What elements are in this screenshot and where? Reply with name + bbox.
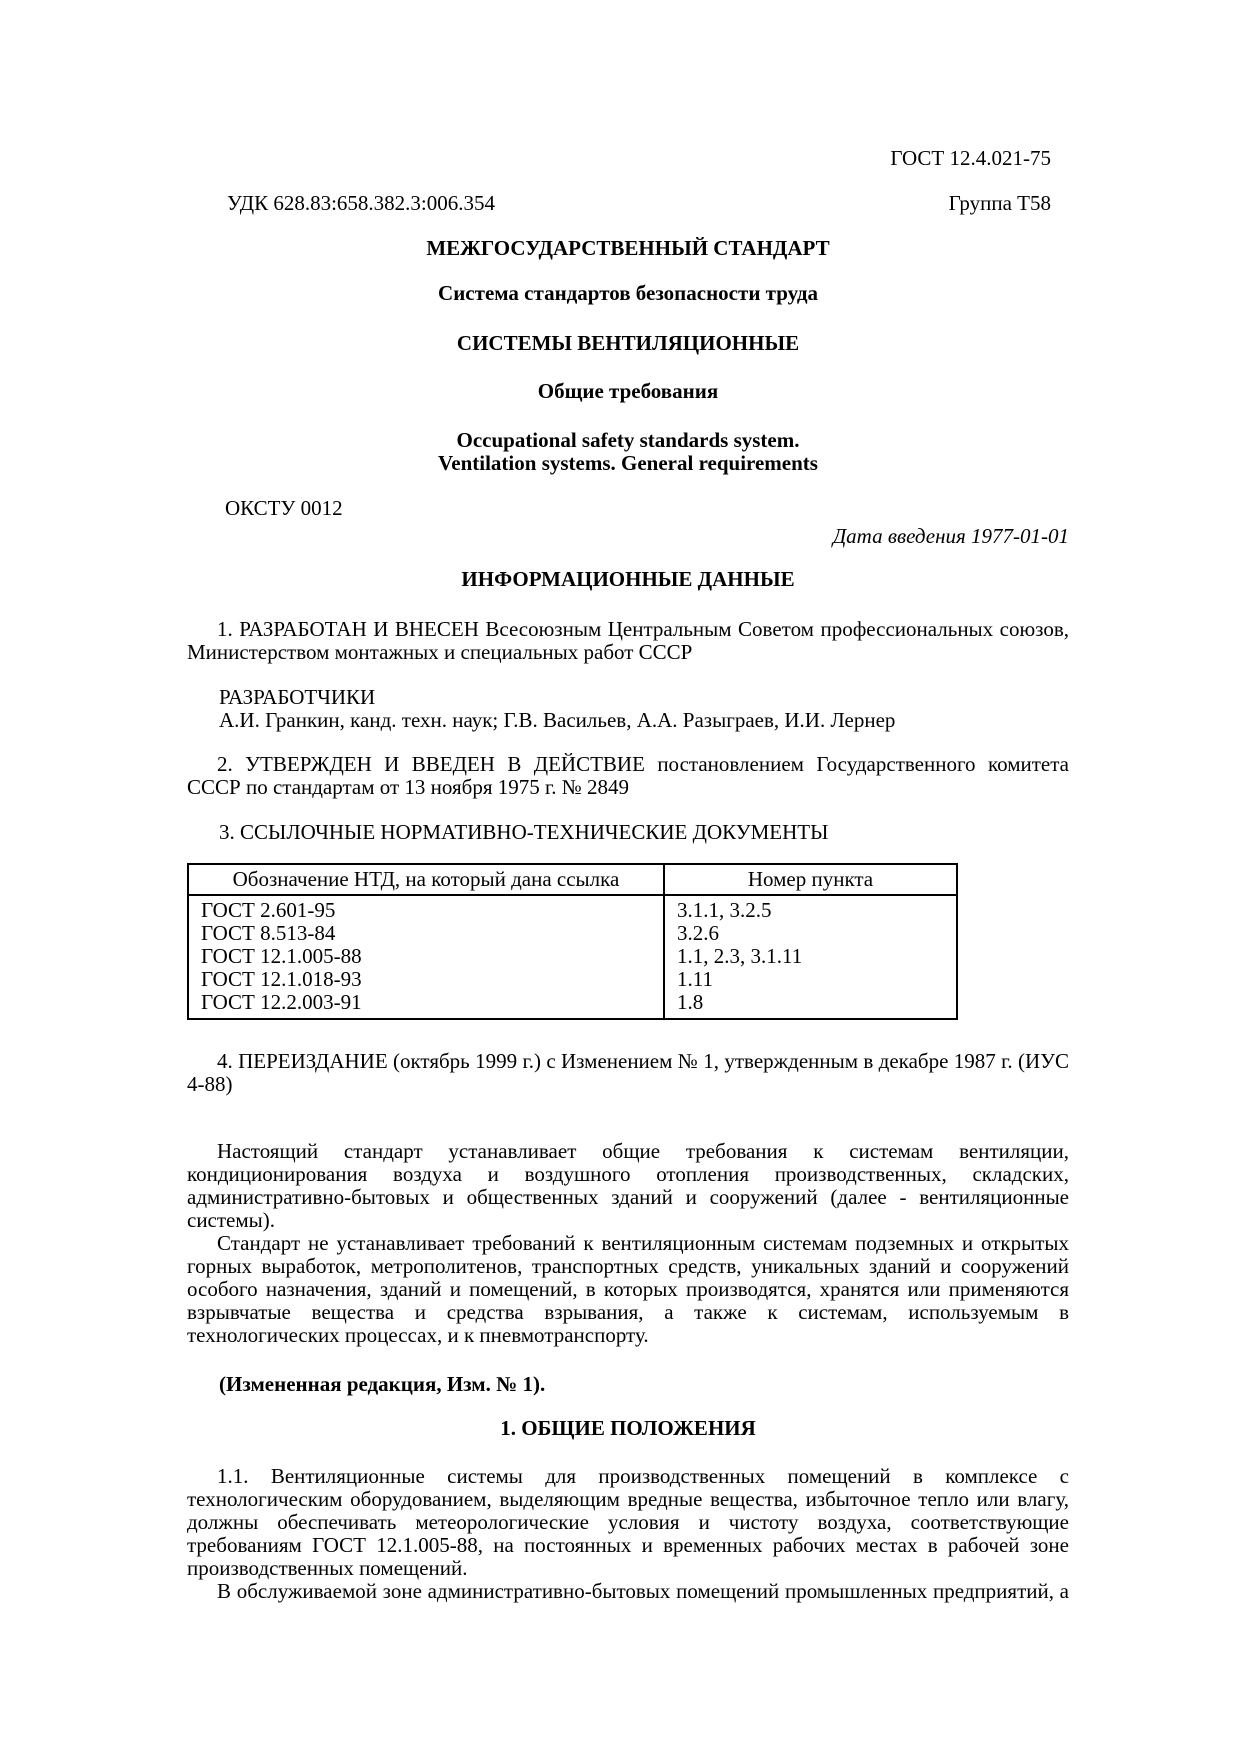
ntd-cell: ГОСТ 12.1.005-88: [188, 945, 664, 968]
clause-1-1-continuation: В обслуживаемой зоне административно-быт…: [187, 1580, 1069, 1603]
scope-paragraph-1: Настоящий стандарт устанавливает общие т…: [187, 1140, 1069, 1232]
points-cell: 3.2.6: [664, 922, 957, 945]
doc-subtitle: Общие требования: [187, 380, 1069, 403]
table-row: ГОСТ 8.513-84 3.2.6: [188, 922, 957, 945]
system-title: Система стандартов безопасности труда: [187, 282, 1069, 305]
okstu-code: ОКСТУ 0012: [187, 497, 1069, 520]
ntd-cell: ГОСТ 2.601-95: [188, 895, 664, 922]
developers-label: РАЗРАБОТЧИКИ: [187, 686, 1069, 709]
effective-date: Дата введения 1977-01-01: [187, 525, 1069, 548]
references-table-col2-header: Номер пункта: [664, 864, 957, 895]
scope-paragraph-2: Стандарт не устанавливает требований к в…: [187, 1232, 1069, 1347]
doc-title-english: Occupational safety standards system. Ve…: [187, 429, 1069, 475]
developers-names: А.И. Гранкин, канд. техн. наук; Г.В. Вас…: [187, 709, 1069, 732]
doc-code: ГОСТ 12.4.021-75: [187, 147, 1069, 170]
doc-title-english-line2: Ventilation systems. General requirement…: [187, 452, 1069, 475]
section-1-heading: 1. ОБЩИЕ ПОЛОЖЕНИЯ: [187, 1417, 1069, 1440]
points-cell: 3.1.1, 3.2.5: [664, 895, 957, 922]
developers-block: РАЗРАБОТЧИКИ А.И. Гранкин, канд. техн. н…: [187, 686, 1069, 732]
group-code: Группа Т58: [949, 192, 1051, 215]
ntd-cell: ГОСТ 12.2.003-91: [188, 991, 664, 1019]
clause-1-1: 1.1. Вентиляционные системы для производ…: [187, 1465, 1069, 1580]
amendment-note: (Измененная редакция, Изм. № 1).: [187, 1373, 1069, 1396]
info-item-2: 2. УТВЕРЖДЕН И ВВЕДЕН В ДЕЙСТВИЕ постано…: [187, 753, 1069, 799]
references-table-header-row: Обозначение НТД, на который дана ссылка …: [188, 864, 957, 895]
points-cell: 1.8: [664, 991, 957, 1019]
info-item-4: 4. ПЕРЕИЗДАНИЕ (октябрь 1999 г.) с Измен…: [187, 1050, 1069, 1096]
points-cell: 1.1, 2.3, 3.1.11: [664, 945, 957, 968]
info-item-3: 3. ССЫЛОЧНЫЕ НОРМАТИВНО-ТЕХНИЧЕСКИЕ ДОКУ…: [187, 821, 1069, 844]
info-item-1: 1. РАЗРАБОТАН И ВНЕСЕН Всесоюзным Центра…: [187, 618, 1069, 664]
udk-code: УДК 628.83:658.382.3:006.354: [227, 192, 495, 215]
table-row: ГОСТ 12.1.005-88 1.1, 2.3, 3.1.11: [188, 945, 957, 968]
doc-title: СИСТЕМЫ ВЕНТИЛЯЦИОННЫЕ: [187, 332, 1069, 355]
document-page: ГОСТ 12.4.021-75 УДК 628.83:658.382.3:00…: [0, 0, 1240, 1755]
table-row: ГОСТ 2.601-95 3.1.1, 3.2.5: [188, 895, 957, 922]
references-table: Обозначение НТД, на который дана ссылка …: [187, 863, 958, 1020]
ntd-cell: ГОСТ 12.1.018-93: [188, 968, 664, 991]
doc-title-english-line1: Occupational safety standards system.: [187, 429, 1069, 452]
references-table-col1-header: Обозначение НТД, на который дана ссылка: [188, 864, 664, 895]
standard-type-heading: МЕЖГОСУДАРСТВЕННЫЙ СТАНДАРТ: [187, 237, 1069, 260]
table-row: ГОСТ 12.2.003-91 1.8: [188, 991, 957, 1019]
points-cell: 1.11: [664, 968, 957, 991]
udk-group-row: УДК 628.83:658.382.3:006.354 Группа Т58: [187, 192, 1069, 215]
info-data-heading: ИНФОРМАЦИОННЫЕ ДАННЫЕ: [187, 568, 1069, 591]
ntd-cell: ГОСТ 8.513-84: [188, 922, 664, 945]
table-row: ГОСТ 12.1.018-93 1.11: [188, 968, 957, 991]
